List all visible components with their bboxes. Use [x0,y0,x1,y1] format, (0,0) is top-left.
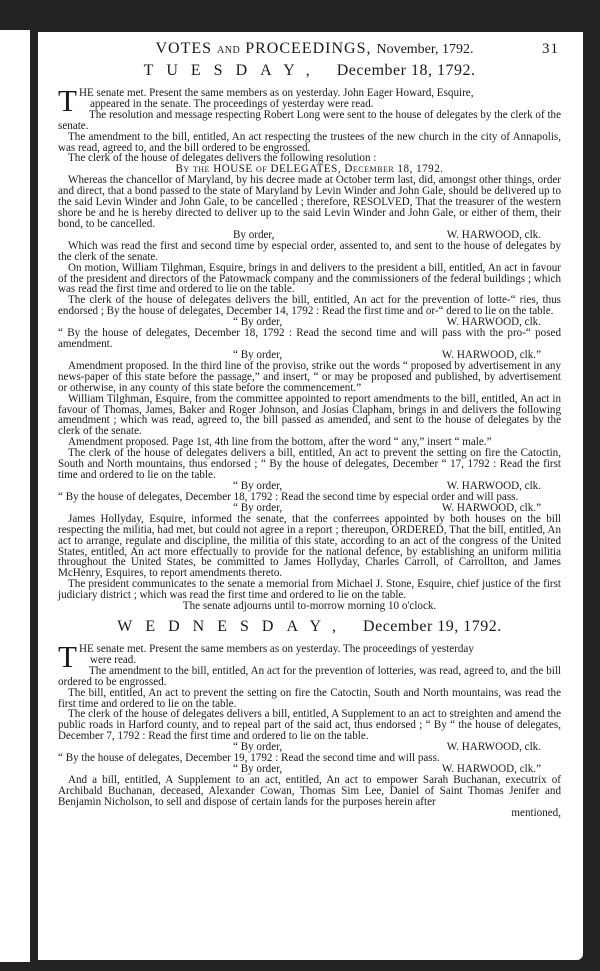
catchword: mentioned, [58,808,561,819]
signature-line: “ By order, W. HARWOOD, clk. [58,317,561,328]
page-number: 31 [542,44,559,55]
opening-paragraph: T HE senate met. Present the same member… [58,644,561,666]
document-page: VOTES AND PROCEEDINGS, November, 1792. 3… [38,32,583,960]
by-order: By order, [233,230,274,241]
by-order: “ By order, [233,481,282,492]
paragraph: The resolution and message respecting Ro… [58,110,561,132]
paragraph: The president communicates to the senate… [58,579,561,601]
by-order: “ By order, [233,350,282,361]
title-and: AND [217,45,240,56]
opening-line-2: appeared in the senate. The proceedings … [79,98,373,110]
clerk-signature: W. HARWOOD, clk. [447,742,541,753]
drop-cap: T [58,645,77,667]
by-order: “ By order, [233,317,282,328]
signature-line: “ By order, W. HARWOOD, clk.” [58,350,561,361]
day-date: December 19, 1792. [363,618,502,635]
clerk-signature: W. HARWOOD, clk. [447,317,541,328]
opening-line-1: HE senate met. Present the same members … [79,643,474,655]
signature-line: By order, W. HARWOOD, clk. [58,230,561,241]
title-votes: VOTES [156,40,213,57]
paragraph: The amendment to the bill, entitled, An … [58,132,561,154]
adjournment-note: The senate adjourns until to-morrow morn… [58,601,561,612]
paragraph: And a bill, entitled, A Supplement to an… [58,775,561,808]
paragraph: The clerk of the house of delegates deli… [58,709,561,742]
signature-line: “ By order, W. HARWOOD, clk.” [58,503,561,514]
by-order: “ By order, [233,764,282,775]
paragraph: The bill, entitled, An act to prevent th… [58,688,561,710]
paragraph: The clerk of the house of delegates deli… [58,448,561,481]
day-heading-tuesday: TUESDAY, December 18, 1792. [58,66,561,84]
running-head-title: VOTES AND PROCEEDINGS, November, 1792. [156,44,474,57]
title-proceedings: PROCEEDINGS, [245,40,371,57]
day-name: TUESDAY, [144,62,323,79]
paragraph: Amendment proposed. In the third line of… [58,361,561,394]
quoted-endorsement: “ By the house of delegates, December 18… [58,328,561,350]
clerk-signature: W. HARWOOD, clk.” [442,350,541,361]
title-month: November, 1792. [376,42,473,57]
paragraph: William Tilghman, Esquire, from the comm… [58,394,561,438]
day-date: December 18, 1792. [337,62,476,79]
signature-line: “ By order, W. HARWOOD, clk. [58,481,561,492]
running-head: VOTES AND PROCEEDINGS, November, 1792. 3… [58,44,561,64]
clerk-signature: W. HARWOOD, clk.” [442,764,541,775]
opening-line-2: were read. [79,654,136,666]
paragraph: Which was read the first and second time… [58,241,561,263]
clerk-signature: W. HARWOOD, clk. [447,230,541,241]
paragraph: The amendment to the bill, entitled, An … [58,666,561,688]
by-order: “ By order, [233,742,282,753]
by-order: “ By order, [233,503,282,514]
opening-paragraph: T HE senate met. Present the same member… [58,88,561,110]
day-heading-wednesday: WEDNESDAY, December 19, 1792. [58,622,561,640]
paragraph: James Hollyday, Esquire, informed the se… [58,514,561,579]
paragraph: On motion, William Tilghman, Esquire, br… [58,263,561,296]
resolution-text: Whereas the chancellor of Maryland, by h… [58,175,561,230]
signature-line: “ By order, W. HARWOOD, clk.” [58,764,561,775]
drop-cap: T [58,89,77,111]
clerk-signature: W. HARWOOD, clk.” [442,503,541,514]
facing-page-edge [0,30,30,962]
clerk-signature: W. HARWOOD, clk. [447,481,541,492]
page-content: VOTES AND PROCEEDINGS, November, 1792. 3… [58,42,561,819]
signature-line: “ By order, W. HARWOOD, clk. [58,742,561,753]
day-name: WEDNESDAY, [117,618,349,635]
book-spine-gutter [30,30,38,960]
paragraph: The clerk of the house of delegates deli… [58,295,561,317]
